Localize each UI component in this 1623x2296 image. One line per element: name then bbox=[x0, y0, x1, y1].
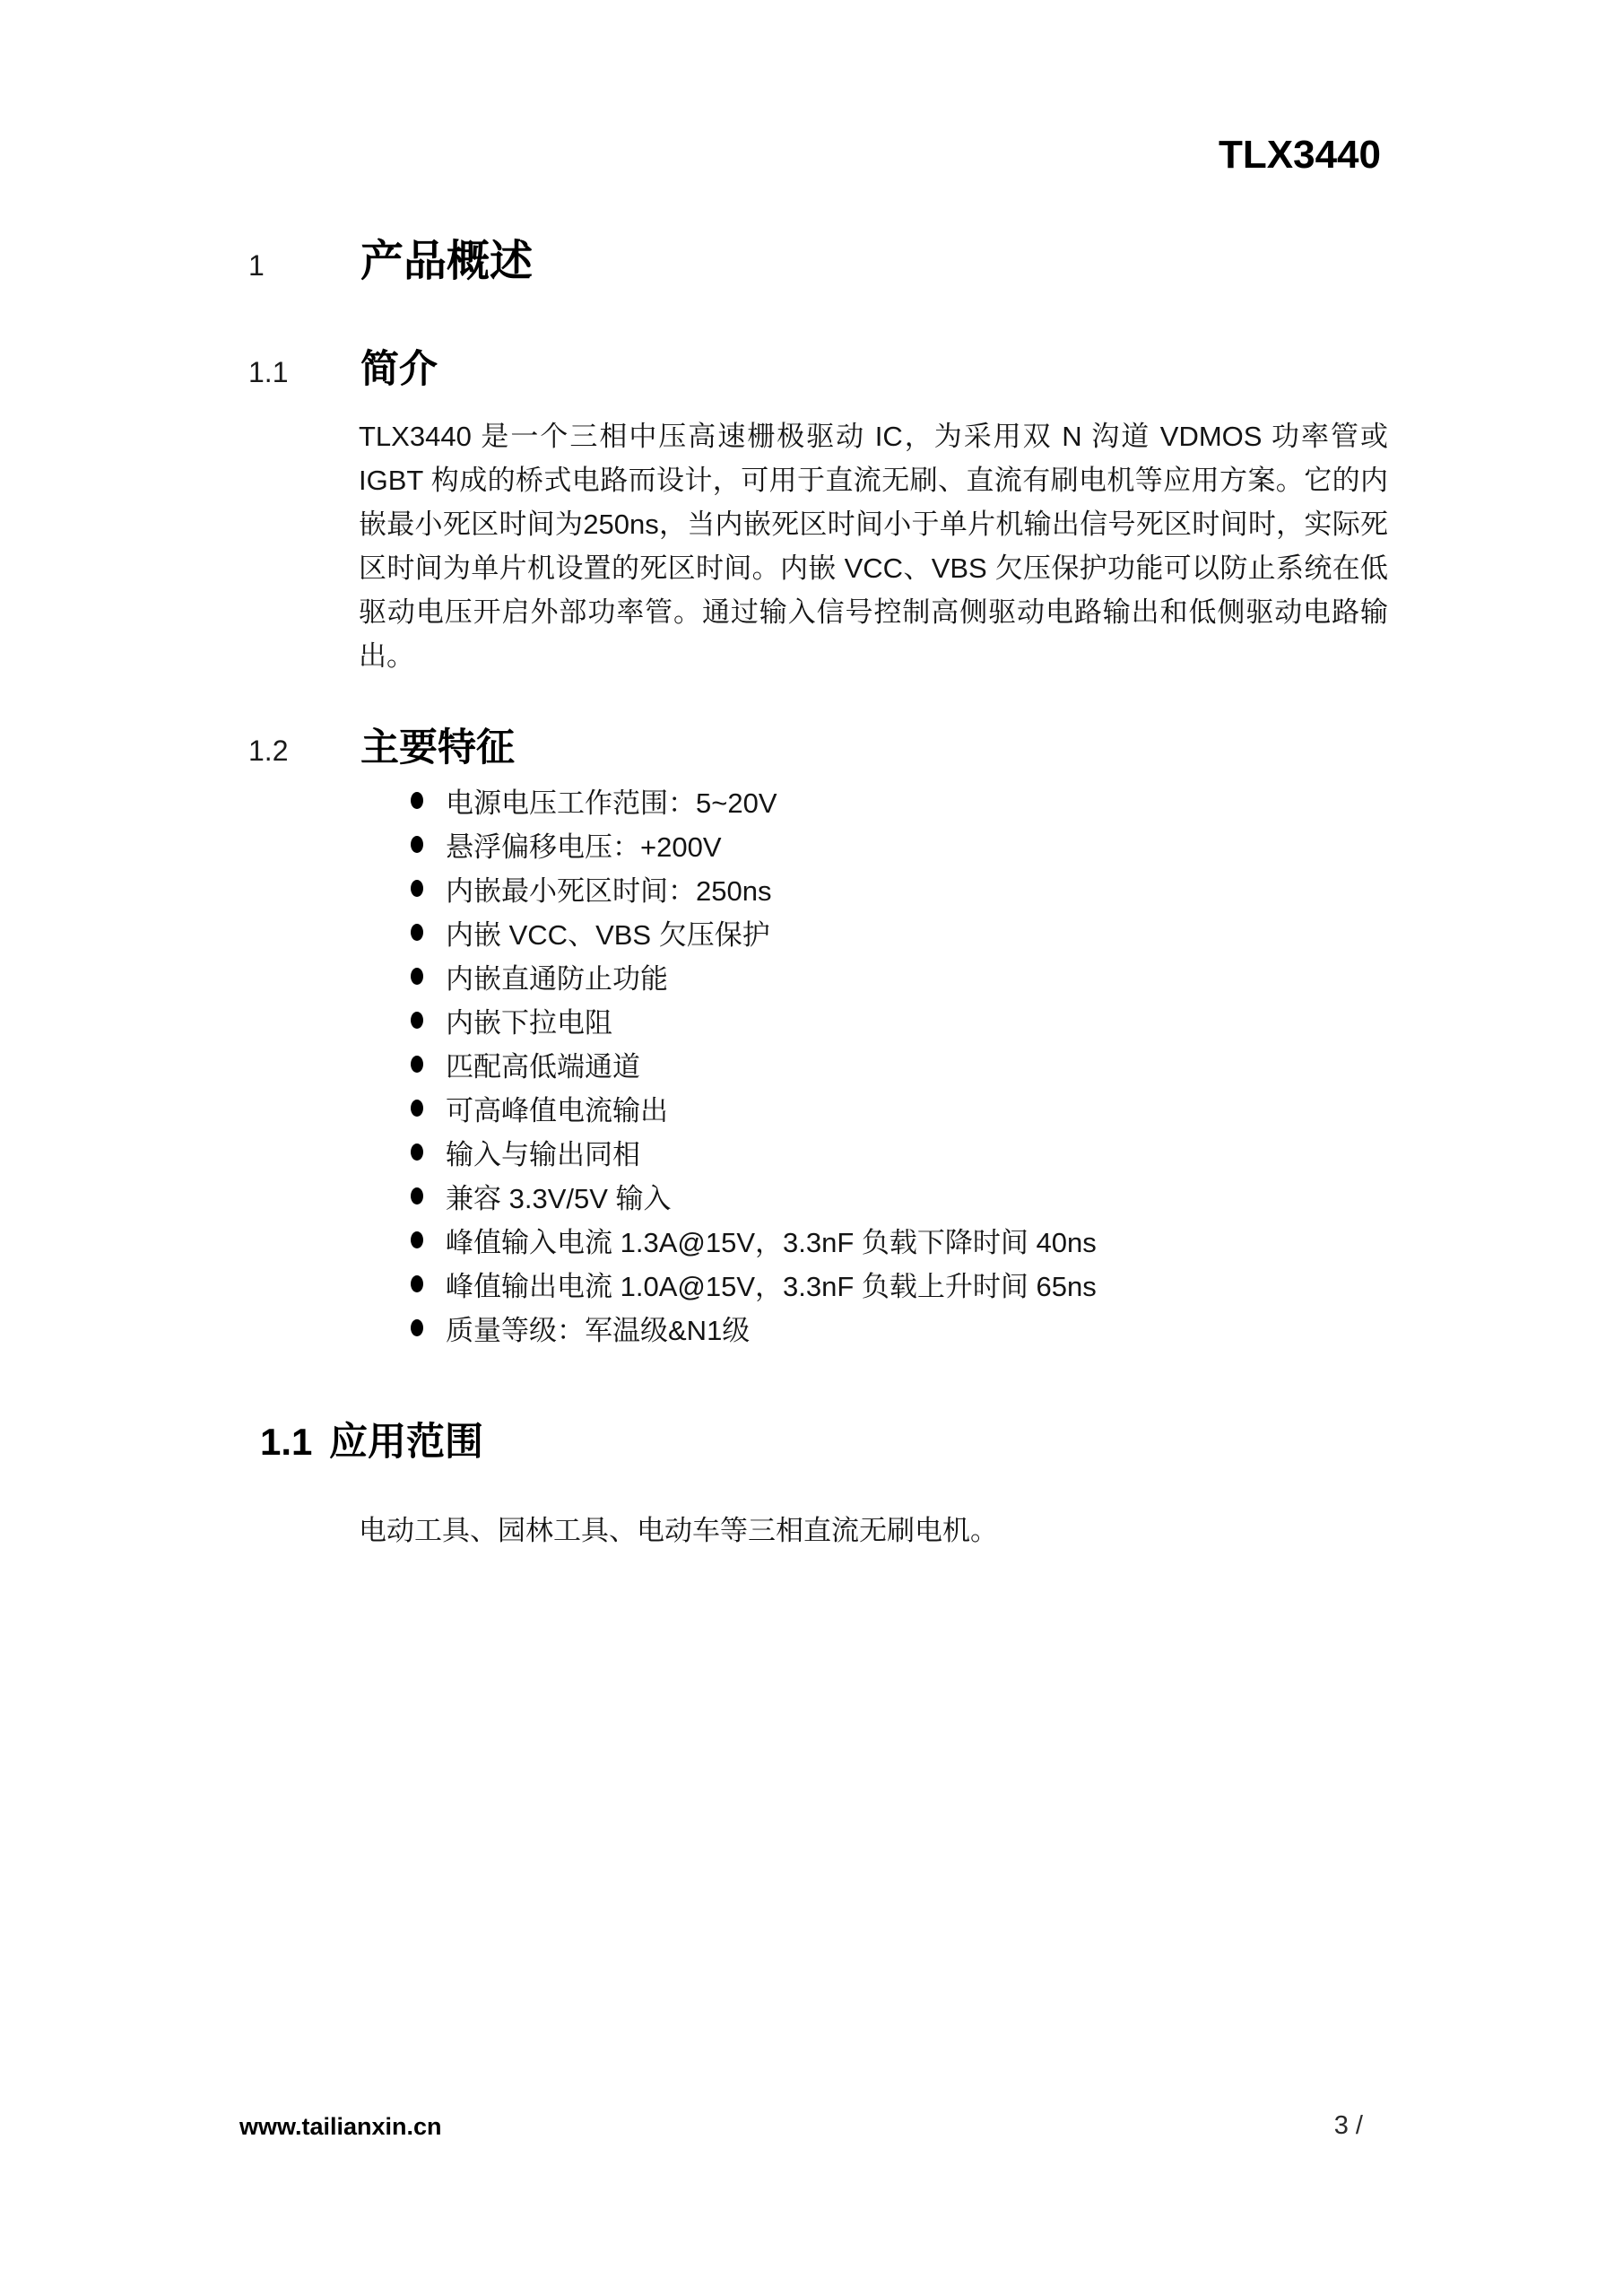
bullet-icon bbox=[411, 1187, 423, 1205]
feature-text: 质量等级：军温级&N1级 bbox=[446, 1308, 750, 1348]
section-intro-title: 简介 bbox=[360, 339, 438, 394]
datasheet-page: TLX3440 1 产品概述 1.1 简介 TLX3440 是一个三相中压高速栅… bbox=[0, 0, 1623, 2296]
feature-item: 峰值输入电流 1.3A@15V，3.3nF 负载下降时间 40ns bbox=[411, 1218, 1097, 1262]
feature-text: 峰值输入电流 1.3A@15V，3.3nF 负载下降时间 40ns bbox=[446, 1220, 1097, 1260]
feature-text: 可高峰值电流输出 bbox=[446, 1088, 668, 1128]
feature-item: 内嵌直通防止功能 bbox=[411, 954, 1097, 998]
feature-text: 匹配高低端通道 bbox=[446, 1044, 640, 1084]
bullet-icon bbox=[411, 924, 423, 941]
section-intro-heading: 1.1 简介 bbox=[248, 339, 438, 394]
feature-item: 内嵌 VCC、VBS 欠压保护 bbox=[411, 910, 1097, 954]
bullet-icon bbox=[411, 1231, 423, 1248]
feature-item: 电源电压工作范围：5~20V bbox=[411, 778, 1097, 822]
bullet-icon bbox=[411, 836, 423, 853]
section-overview-title: 产品概述 bbox=[360, 226, 533, 288]
section-overview-number: 1 bbox=[248, 249, 360, 283]
feature-item: 内嵌最小死区时间：250ns bbox=[411, 866, 1097, 910]
feature-item: 质量等级：军温级&N1级 bbox=[411, 1306, 1097, 1350]
section-applications-title: 应用范围 bbox=[329, 1412, 483, 1466]
bullet-icon bbox=[411, 1319, 423, 1336]
feature-text: 电源电压工作范围：5~20V bbox=[446, 780, 777, 821]
footer-website: www.tailianxin.cn bbox=[239, 2113, 442, 2141]
feature-text: 内嵌直通防止功能 bbox=[446, 956, 668, 996]
section-applications-number: 1.1 bbox=[260, 1421, 329, 1464]
section-overview-heading: 1 产品概述 bbox=[248, 226, 533, 288]
feature-text: 内嵌下拉电阻 bbox=[446, 1000, 612, 1040]
feature-text: 内嵌最小死区时间：250ns bbox=[446, 868, 771, 909]
feature-item: 输入与输出同相 bbox=[411, 1130, 1097, 1174]
section-applications-heading: 1.1 应用范围 bbox=[260, 1412, 483, 1466]
bullet-icon bbox=[411, 1275, 423, 1292]
section-features-number: 1.2 bbox=[248, 735, 360, 768]
applications-paragraph: 电动工具、园林工具、电动车等三相直流无刷电机。 bbox=[359, 1509, 1388, 1552]
feature-item: 可高峰值电流输出 bbox=[411, 1086, 1097, 1130]
feature-item: 兼容 3.3V/5V 输入 bbox=[411, 1174, 1097, 1218]
bullet-icon bbox=[411, 1144, 423, 1161]
feature-item: 内嵌下拉电阻 bbox=[411, 998, 1097, 1042]
footer-page-number: 3 / bbox=[1334, 2111, 1363, 2141]
bullet-icon bbox=[411, 1056, 423, 1073]
bullet-icon bbox=[411, 1100, 423, 1117]
intro-paragraph: TLX3440 是一个三相中压高速栅极驱动 IC，为采用双 N 沟道 VDMOS… bbox=[359, 414, 1388, 678]
bullet-icon bbox=[411, 880, 423, 897]
bullet-icon bbox=[411, 792, 423, 809]
section-intro-number: 1.1 bbox=[248, 356, 360, 389]
bullet-icon bbox=[411, 968, 423, 985]
feature-text: 悬浮偏移电压：+200V bbox=[446, 824, 722, 865]
feature-item: 峰值输出电流 1.0A@15V，3.3nF 负载上升时间 65ns bbox=[411, 1262, 1097, 1306]
feature-list: 电源电压工作范围：5~20V 悬浮偏移电压：+200V 内嵌最小死区时间：250… bbox=[411, 778, 1097, 1350]
document-title: TLX3440 bbox=[0, 133, 1381, 178]
section-features-heading: 1.2 主要特征 bbox=[248, 717, 515, 772]
feature-text: 输入与输出同相 bbox=[446, 1132, 640, 1172]
feature-item: 匹配高低端通道 bbox=[411, 1042, 1097, 1086]
feature-text: 兼容 3.3V/5V 输入 bbox=[446, 1176, 672, 1216]
section-features-title: 主要特征 bbox=[360, 717, 515, 772]
feature-text: 内嵌 VCC、VBS 欠压保护 bbox=[446, 912, 770, 952]
feature-item: 悬浮偏移电压：+200V bbox=[411, 822, 1097, 866]
bullet-icon bbox=[411, 1012, 423, 1029]
feature-text: 峰值输出电流 1.0A@15V，3.3nF 负载上升时间 65ns bbox=[446, 1264, 1097, 1304]
